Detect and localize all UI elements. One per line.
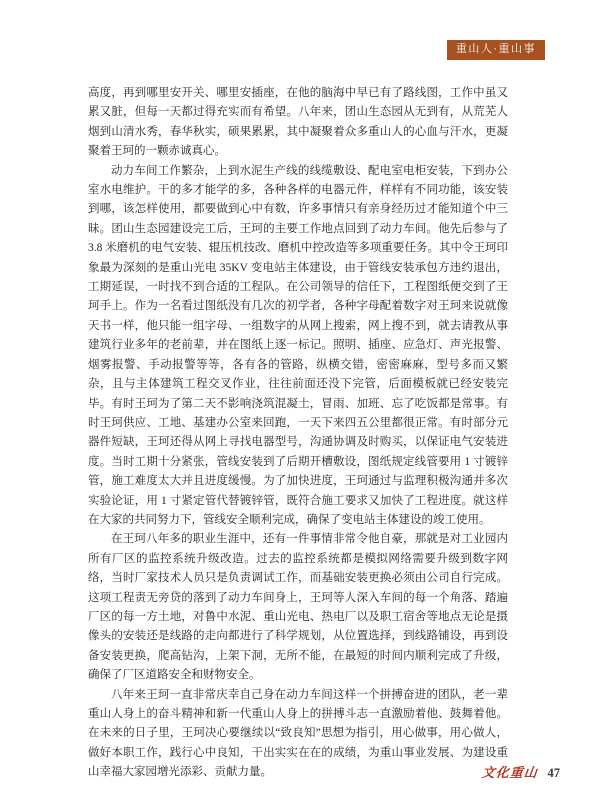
article-paragraph: 在王珂八年多的职业生涯中，还有一件事情非常令他自豪，那就是对工业园内所有厂区的监… <box>88 530 508 685</box>
article-paragraph: 动力车间工作繁杂，上到水泥生产线的线缆敷设、配电室电柜安装，下到办公室水电维护。… <box>88 162 508 531</box>
magazine-page: 重山人·重山事 高度，再到哪里安开关、哪里安插座，在他的脑海中早已有了路线图，工… <box>0 0 595 808</box>
article-paragraph: 高度，再到哪里安开关、哪里安插座，在他的脑海中早已有了路线图，工作中虽又累又脏，… <box>88 84 508 162</box>
page-footer: 文化重山 47 <box>482 762 560 781</box>
page-number: 47 <box>548 766 561 781</box>
article-paragraph: 八年来王珂一直非常庆幸自己身在动力车间这样一个拼搏奋进的团队，老一辈重山人身上的… <box>88 686 508 783</box>
section-header-badge: 重山人·重山事 <box>447 40 545 60</box>
article-body: 高度，再到哪里安开关、哪里安插座，在他的脑海中早已有了路线图，工作中虽又累又脏，… <box>88 84 508 783</box>
footer-brand-logo: 文化重山 <box>481 762 539 781</box>
